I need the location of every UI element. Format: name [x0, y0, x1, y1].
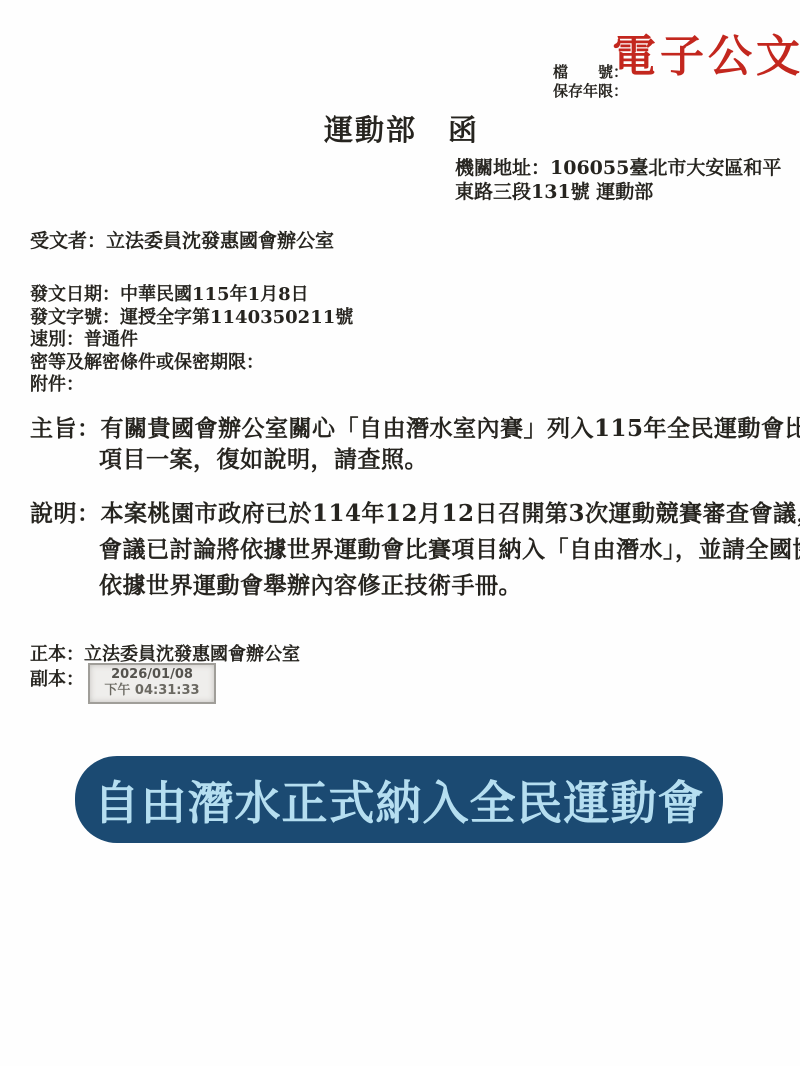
- stamp-date: 2026/01/08: [100, 667, 204, 683]
- secrecy-line: 密等及解密條件或保密期限：: [30, 352, 353, 375]
- document-title: 運動部 函: [324, 108, 479, 149]
- description-text: 本案桃園市政府已於114年12月12日召開第3次運動競賽審查會議，該會議已討論將…: [99, 500, 800, 599]
- file-number-block: 檔 號： 保存年限：: [553, 63, 628, 101]
- recipient-line: 受文者：立法委員沈發惠國會辦公室: [30, 226, 334, 253]
- file-number-label: 檔 號：: [553, 63, 628, 82]
- agency-address-line2: 東路三段131號 運動部: [455, 180, 795, 204]
- carbon-copy-row: 副本： 2026/01/08 下午 04:31:33: [30, 665, 216, 704]
- attachment-line: 附件：: [30, 374, 353, 397]
- official-document-page: 電子公文 檔 號： 保存年限： 運動部 函 機關地址：106055臺北市大安區和…: [0, 0, 800, 1066]
- subject-label: 主旨：: [30, 415, 101, 442]
- issue-number-line: 發文字號：運授全字第1140350211號: [30, 307, 353, 330]
- electronic-document-watermark: 電子公文: [612, 20, 800, 84]
- timestamp-stamp: 2026/01/08 下午 04:31:33: [88, 663, 216, 704]
- description-label: 說明：: [30, 500, 101, 527]
- carbon-copy-label: 副本：: [30, 665, 84, 691]
- retention-period-label: 保存年限：: [553, 82, 628, 101]
- subject-text: 有關貴國會辦公室關心「自由潛水室內賽」列入115年全民運動會比賽項目一案，復如說…: [99, 415, 800, 473]
- stamp-time: 下午 04:31:33: [100, 683, 204, 699]
- agency-address-line1: 機關地址：106055臺北市大安區和平: [455, 156, 795, 180]
- agency-address: 機關地址：106055臺北市大安區和平 東路三段131號 運動部: [455, 156, 795, 204]
- issue-date-line: 發文日期：中華民國115年1月8日: [30, 284, 353, 307]
- subject-paragraph: 主旨：有關貴國會辦公室關心「自由潛水室內賽」列入115年全民運動會比賽項目一案，…: [30, 413, 800, 475]
- document-meta-block: 發文日期：中華民國115年1月8日 發文字號：運授全字第1140350211號 …: [30, 284, 353, 397]
- headline-banner: 自由潛水正式納入全民運動會: [75, 756, 723, 843]
- speed-class-line: 速別：普通件: [30, 329, 353, 352]
- description-paragraph: 說明：本案桃園市政府已於114年12月12日召開第3次運動競賽審查會議，該會議已…: [30, 496, 800, 604]
